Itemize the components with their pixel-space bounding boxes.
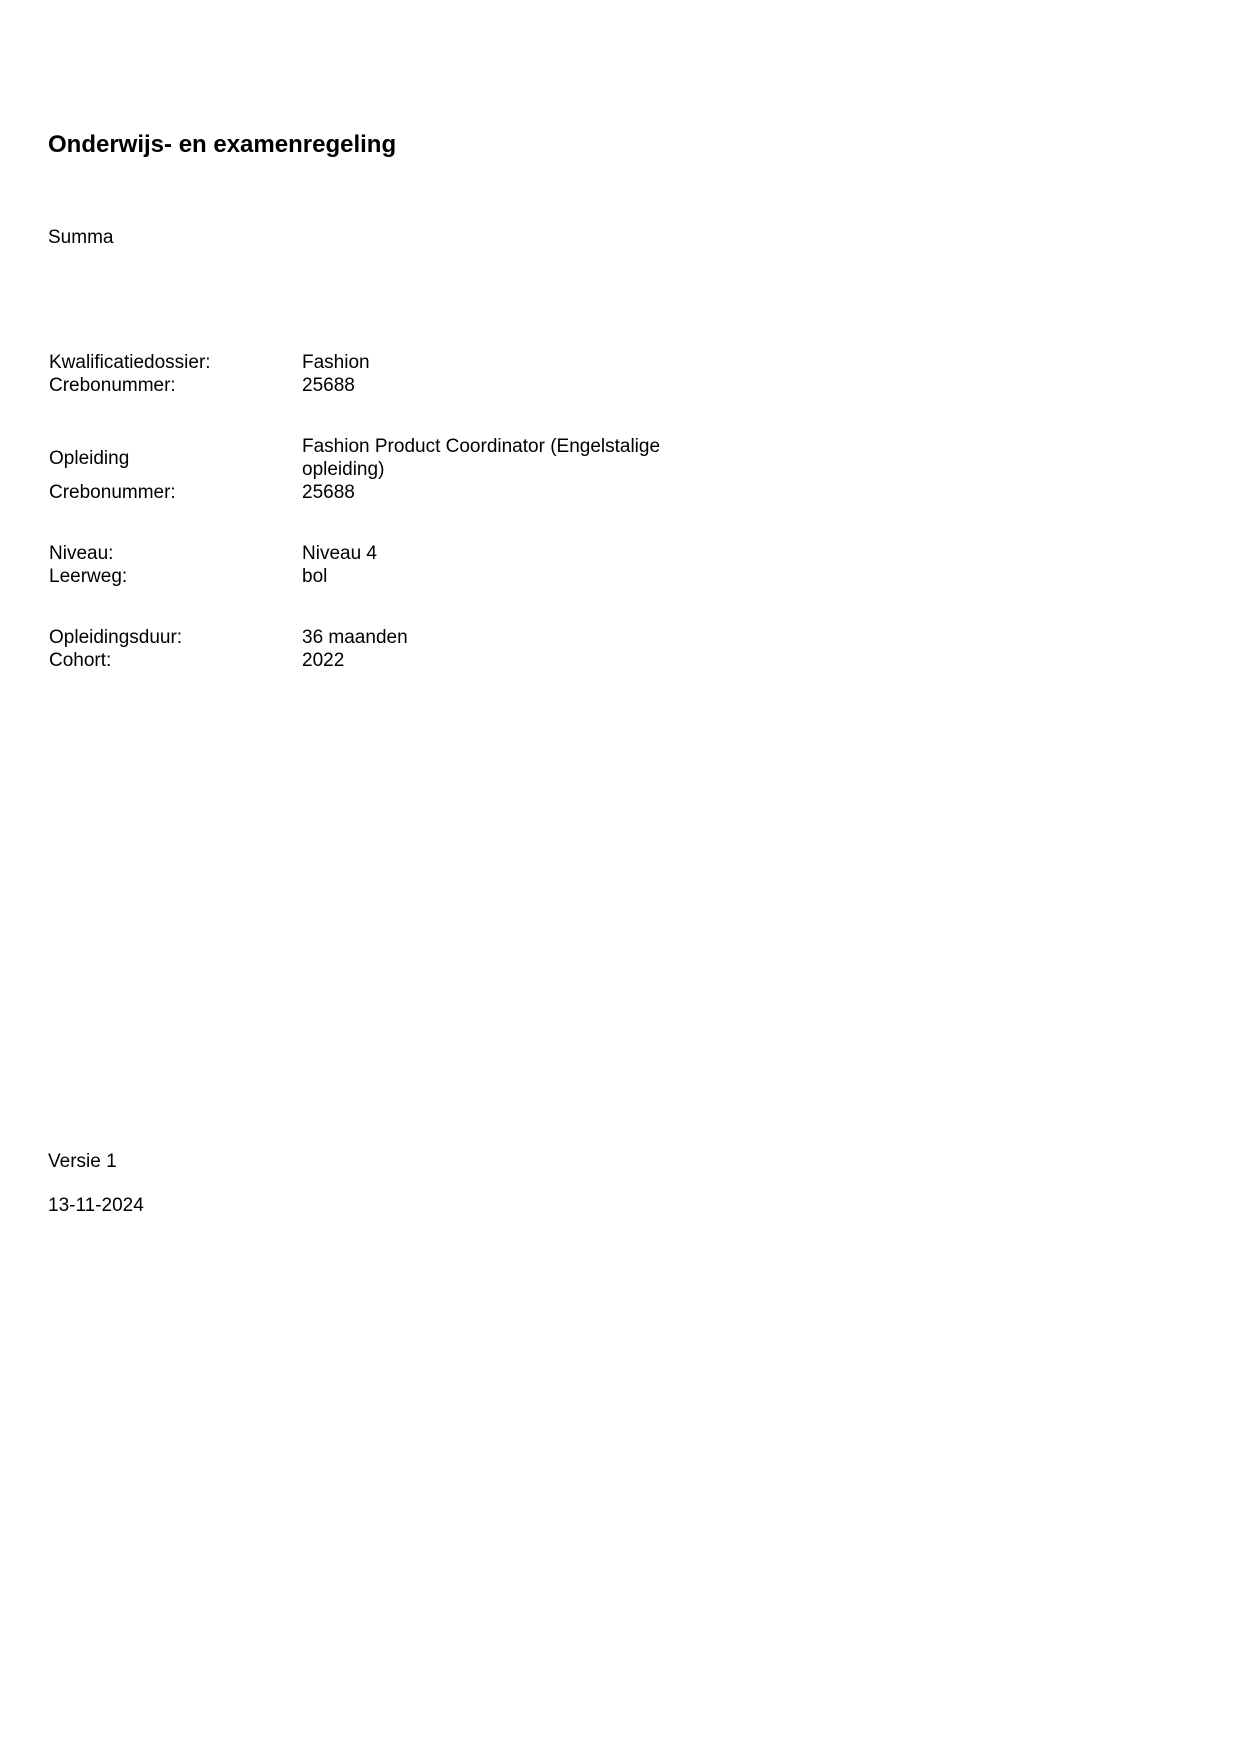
detail-label: Opleidingsduur: [49, 626, 302, 649]
detail-value: 36 maanden [302, 626, 722, 649]
detail-value: 25688 [302, 481, 722, 504]
detail-row-crebonummer-opleiding: Crebonummer: 25688 [49, 481, 722, 504]
detail-value: Niveau 4 [302, 542, 722, 565]
school-name: Summa [48, 226, 113, 250]
document-date: 13-11-2024 [48, 1194, 144, 1218]
document-version: Versie 1 [48, 1150, 117, 1174]
qualification-details-table: Kwalificatiedossier: Fashion Crebonummer… [49, 351, 722, 672]
detail-label: Crebonummer: [49, 481, 302, 504]
detail-row-kwalificatiedossier: Kwalificatiedossier: Fashion [49, 351, 722, 374]
detail-row-leerweg: Leerweg: bol [49, 565, 722, 588]
detail-row-opleidingsduur: Opleidingsduur: 36 maanden [49, 626, 722, 649]
detail-value: bol [302, 565, 722, 588]
detail-label: Niveau: [49, 542, 302, 565]
detail-label: Opleiding [49, 435, 302, 481]
detail-label: Crebonummer: [49, 374, 302, 397]
page-title: Onderwijs- en examenregeling [48, 130, 396, 160]
detail-label: Kwalificatiedossier: [49, 351, 302, 374]
detail-row-cohort: Cohort: 2022 [49, 649, 722, 672]
detail-row-opleiding: Opleiding Fashion Product Coordinator (E… [49, 435, 722, 481]
detail-row-niveau: Niveau: Niveau 4 [49, 542, 722, 565]
detail-row-crebonummer: Crebonummer: 25688 [49, 374, 722, 397]
detail-value: Fashion [302, 351, 722, 374]
detail-value: Fashion Product Coordinator (Engelstalig… [302, 435, 722, 481]
detail-label: Cohort: [49, 649, 302, 672]
spacer-row [49, 397, 722, 435]
spacer-row [49, 588, 722, 626]
detail-value: 25688 [302, 374, 722, 397]
detail-label: Leerweg: [49, 565, 302, 588]
spacer-row [49, 504, 722, 542]
detail-value: 2022 [302, 649, 722, 672]
